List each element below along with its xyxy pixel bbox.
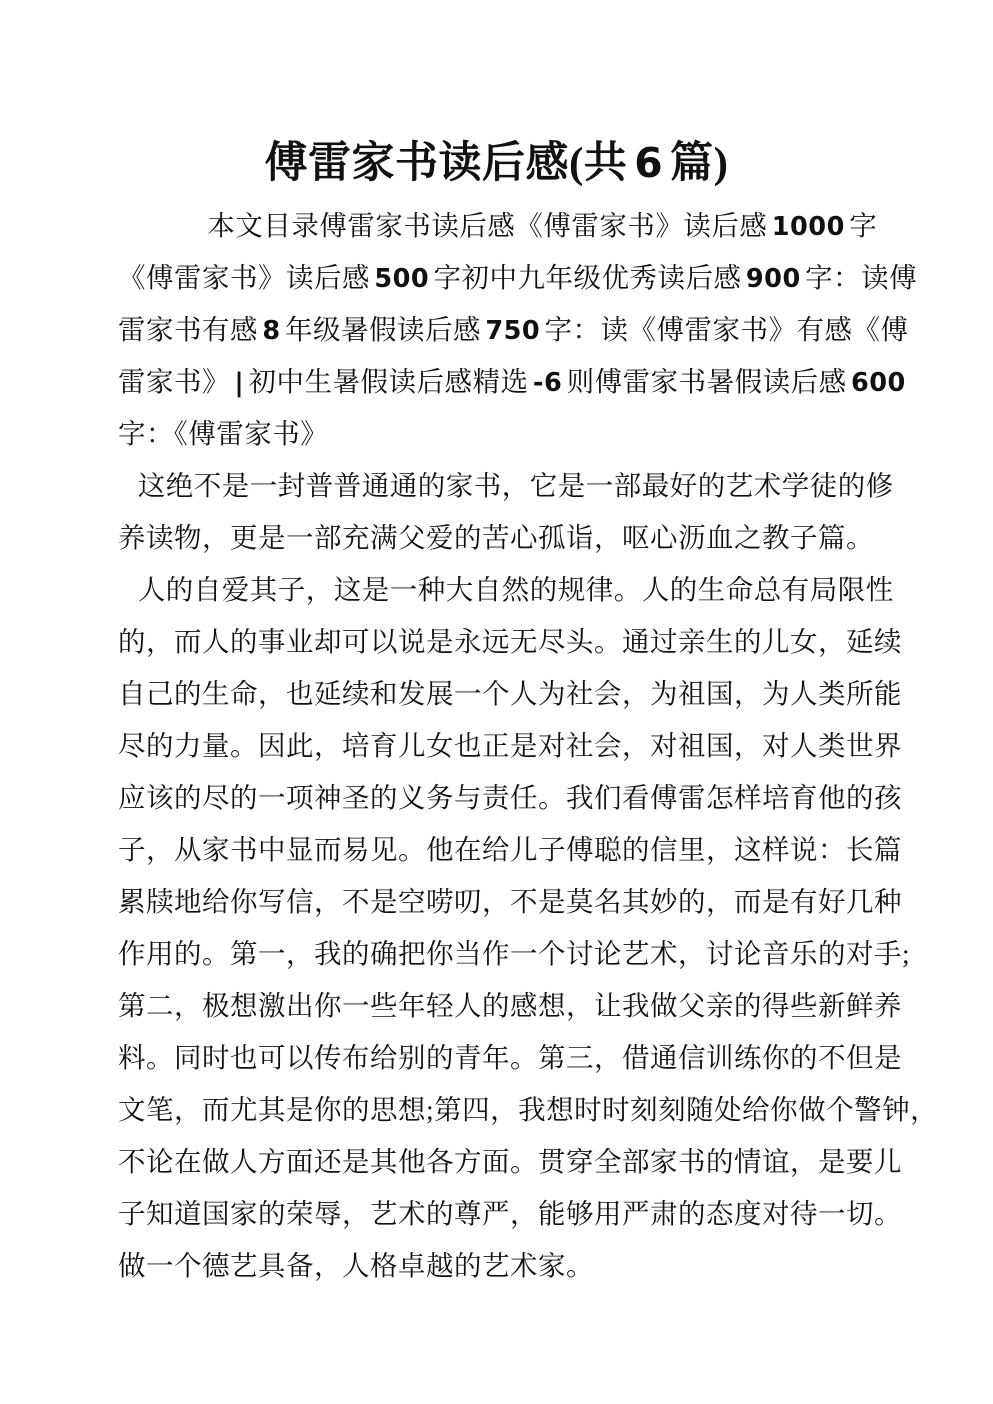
text-line: 不论在做人方面还是其他各方面。贯穿全部家书的情谊，是要儿 xyxy=(118,1136,875,1188)
text-line: 《傅雷家书》读后感500字初中九年级优秀读后感900字：读傅 xyxy=(118,252,875,304)
latin-text: | xyxy=(234,368,244,398)
text-line: 作用的。第一，我的确把你当作一个讨论艺术，讨论音乐的对手; xyxy=(118,928,875,980)
latin-text: 8 xyxy=(262,316,280,346)
text-line: 字：《傅雷家书》 xyxy=(118,408,875,460)
text-line: 的，而人的事业却可以说是永远无尽头。通过亲生的儿女，延续 xyxy=(118,616,875,668)
text-line: 养读物，更是一部充满父爱的苦心孤诣，呕心沥血之教子篇。 xyxy=(118,512,875,564)
text-line: 尽的力量。因此，培育儿女也正是对社会，对祖国，对人类世界 xyxy=(118,720,875,772)
document-page: 傅雷家书读后感(共6篇) 本文目录傅雷家书读后感《傅雷家书》读后感1000字《傅… xyxy=(0,0,993,1404)
latin-text: 6 xyxy=(634,139,663,187)
paragraph: 人的自爱其子，这是一种大自然的规律。人的生命总有局限性的，而人的事业却可以说是永… xyxy=(118,564,875,1292)
text-line: 雷家书有感8年级暑假读后感750字：读《傅雷家书》有感《傅 xyxy=(118,304,875,356)
document-title: 傅雷家书读后感(共6篇) xyxy=(0,0,993,196)
text-line: 文笔，而尤其是你的思想;第四，我想时时刻刻随处给你做个警钟， xyxy=(118,1084,875,1136)
latin-text: 900 xyxy=(746,264,801,294)
text-line: 雷家书》|初中生暑假读后感精选-6则傅雷家书暑假读后感600 xyxy=(118,356,875,408)
text-line: 料。同时也可以传布给别的青年。第三，借通信训练你的不但是 xyxy=(118,1032,875,1084)
document-body: 本文目录傅雷家书读后感《傅雷家书》读后感1000字《傅雷家书》读后感500字初中… xyxy=(0,200,993,1292)
latin-text: 1000 xyxy=(772,212,845,242)
paragraph: 这绝不是一封普普通通的家书，它是一部最好的艺术学徒的修养读物，更是一部充满父爱的… xyxy=(118,460,875,564)
text-line: 做一个德艺具备，人格卓越的艺术家。 xyxy=(118,1240,875,1292)
latin-text: 500 xyxy=(374,264,429,294)
text-line: 本文目录傅雷家书读后感《傅雷家书》读后感1000字 xyxy=(118,200,875,252)
latin-text: 750 xyxy=(485,316,540,346)
paragraph: 本文目录傅雷家书读后感《傅雷家书》读后感1000字《傅雷家书》读后感500字初中… xyxy=(118,200,875,460)
latin-text: 600 xyxy=(851,368,906,398)
text-line: 应该的尽的一项神圣的义务与责任。我们看傅雷怎样培育他的孩 xyxy=(118,772,875,824)
text-line: 自己的生命，也延续和发展一个人为社会，为祖国，为人类所能 xyxy=(118,668,875,720)
text-line: 子，从家书中显而易见。他在给儿子傅聪的信里，这样说：长篇 xyxy=(118,824,875,876)
text-line: 人的自爱其子，这是一种大自然的规律。人的生命总有局限性 xyxy=(118,564,875,616)
text-line: 子知道国家的荣辱，艺术的尊严，能够用严肃的态度对待一切。 xyxy=(118,1188,875,1240)
latin-text: -6 xyxy=(533,368,562,398)
text-line: 累牍地给你写信，不是空唠叨，不是莫名其妙的，而是有好几种 xyxy=(118,876,875,928)
text-line: 第二，极想激出你一些年轻人的感想，让我做父亲的得些新鲜养 xyxy=(118,980,875,1032)
text-line: 这绝不是一封普普通通的家书，它是一部最好的艺术学徒的修 xyxy=(118,460,875,512)
